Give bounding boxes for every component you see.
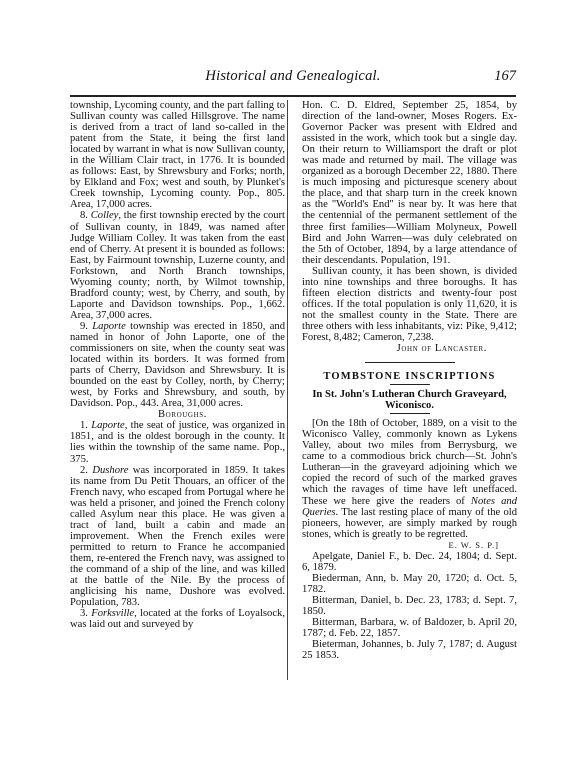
paragraph-colley: 8. Colley, the first township erected by… <box>70 210 285 320</box>
page-header: Historical and Genealogical. 167 <box>70 68 516 88</box>
column-divider <box>287 100 288 680</box>
inscription-entry: Bitterman, Daniel, b. Dec. 23, 1783; d. … <box>302 595 517 617</box>
inscription-entry: Bieterman, Johannes, b. July 7, 1787; d.… <box>302 639 517 661</box>
short-rule <box>390 384 430 385</box>
short-rule <box>390 413 430 414</box>
borough-name: Laporte <box>91 420 125 431</box>
paragraph-eldred: Hon. C. D. Eldred, September 25, 1854, b… <box>302 100 517 266</box>
section-title: TOMBSTONE INSCRIPTIONS <box>302 371 517 382</box>
township-name: Colley <box>91 210 119 221</box>
paragraph-sullivan-summary: Sullivan county, it has been shown, is d… <box>302 266 517 343</box>
page-number: 167 <box>494 68 516 85</box>
paragraph-forksville: 3. Forksville, located at the forks of L… <box>70 608 285 630</box>
inscription-entry: Bitterman, Barbara, w. of Baldozer, b. A… <box>302 617 517 639</box>
paragraph-intro: [On the 18th of October, 1889, on a visi… <box>302 418 517 540</box>
subheading: In St. John's Lutheran Church Graveyard,… <box>302 389 517 411</box>
borough-name: Dushore <box>92 465 128 476</box>
signature: John of Lancaster. <box>302 343 517 354</box>
inscription-entry: Apelgate, Daniel F., b. Dec. 24, 1804; d… <box>302 551 517 573</box>
left-column: township, Lycoming county, and the part … <box>70 100 285 630</box>
borough-name: Forksville <box>91 608 134 619</box>
paragraph-dushore: 2. Dushore was incorporated in 1859. It … <box>70 465 285 609</box>
right-column: Hon. C. D. Eldred, September 25, 1854, b… <box>302 100 517 661</box>
section-heading-boroughs: Boroughs. <box>70 409 285 420</box>
paragraph-laporte-township: 9. Laporte township was erected in 1850,… <box>70 321 285 409</box>
running-title: Historical and Genealogical. <box>70 68 516 85</box>
paragraph-hillsgrove: township, Lycoming county, and the part … <box>70 100 285 210</box>
inscription-entry: Biederman, Ann, b. May 20, 1720; d. Oct.… <box>302 573 517 595</box>
paragraph-laporte-borough: 1. Laporte, the seat of justice, was org… <box>70 420 285 464</box>
header-rule <box>70 95 516 97</box>
intro-signature: E. W. S. P.] <box>302 540 517 551</box>
township-name: Laporte <box>92 321 126 332</box>
ornamental-divider <box>302 356 517 367</box>
